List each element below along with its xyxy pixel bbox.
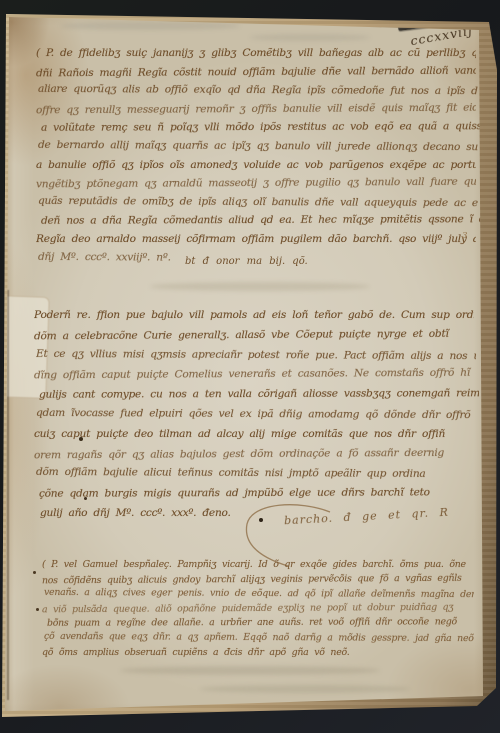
- text-line: cuiʒ caput puiçte deo tilman ad alcay al…: [34, 425, 474, 445]
- paragraph-2: Poderñ re. ffion pue bajulo vill pamols …: [34, 306, 474, 524]
- text-line: çõ avendañs que eqʒ dñr. a qʒ apñem. Eqq…: [44, 630, 474, 647]
- paragraph-1: ( P. de ffidelibʒ suiç jananijʒ ʒ glibʒ …: [36, 44, 476, 267]
- ink-dot: [33, 571, 36, 574]
- faded-bleed-line: [150, 282, 370, 291]
- text-line: aliare quorũqʒ alis ab offiõ exqĩo qd dñ…: [38, 80, 478, 101]
- text-line: Poderñ re. ffion pue bajulo vill pamols …: [34, 306, 474, 326]
- ink-dot: [259, 518, 263, 522]
- bleed-through-text: [120, 666, 380, 675]
- pencil-smudge: [60, 22, 240, 30]
- text-line: vngẽtibʒ ptõnegam qʒ arnaldũ masseotij ʒ…: [36, 173, 476, 194]
- text-line: ( P. vel Gamuel bespñaleç. Pampñiʒ vicar…: [42, 558, 472, 573]
- gutter-crease: [7, 290, 9, 700]
- manuscript-photo: cccxxviij ( P. de ffidelibʒ suiç jananij…: [0, 0, 500, 733]
- text-line: dõm offiãm bajulie alicui teñnus comitãs…: [36, 463, 476, 485]
- text-line: gulijs cant comype. cu nos a ten valla c…: [39, 384, 479, 405]
- center-note: bt đ onor ma bij. qõ.: [185, 256, 308, 267]
- ink-dot: [84, 497, 87, 500]
- bleed-through-text: [200, 685, 410, 693]
- margin-mark: 3: [462, 231, 467, 241]
- paragraph-3: ( P. vel Gamuel bespñaleç. Pampñiʒ vicar…: [42, 558, 472, 660]
- text-line: a banulie offiõ qʒ ipĩos oĩs amonedʒ vol…: [36, 156, 476, 175]
- text-line: quãs reputãdis de omĩbʒ de ipĩs aliqʒ ol…: [38, 192, 478, 213]
- ink-dot: [36, 608, 39, 611]
- text-line: dĩng offiãm caput puiçte Comelius venera…: [34, 364, 474, 386]
- pencil-smudge: [250, 34, 370, 41]
- text-line: çõne qdam burgis migis quurañs ad jmpũbõ…: [39, 483, 479, 504]
- text-line: qõ õms amplius obseruañ cupiẽns a đcis d…: [42, 646, 472, 661]
- text-line: dõm a celebracõne Curie generallʒ. allas…: [34, 324, 474, 346]
- text-line: deñ nos a dña Regĩa cõmedantis aliud qd …: [41, 211, 481, 231]
- ink-dot: [79, 437, 83, 441]
- text-line: a volũtate remç seu ñ poĩqʒ vlli mõdo ip…: [41, 118, 481, 138]
- text-line: Regĩa deo arnaldo masseij cõfirmam offiã…: [36, 230, 476, 249]
- text-line: ( P. de ffidelibʒ suiç jananijʒ ʒ glibʒ …: [36, 44, 476, 63]
- manuscript-page: cccxxviij ( P. de ffidelibʒ suiç jananij…: [0, 0, 500, 733]
- text-line: qdam ĩvocasse fued elpuiri qões vel ex i…: [36, 404, 476, 426]
- text-line: de bernardo allij maĩqʒ quarñs ac ipĩʒ q…: [38, 136, 478, 157]
